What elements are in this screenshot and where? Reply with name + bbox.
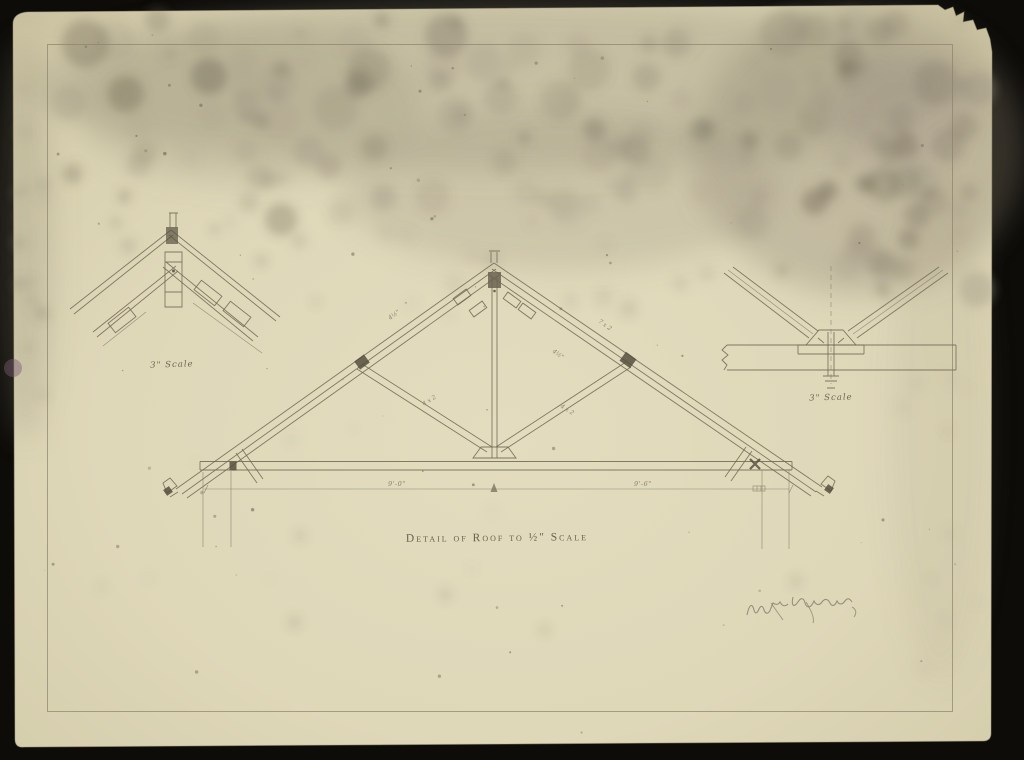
- dimension-label-left: 9'-0": [388, 480, 406, 488]
- scale-label-king-post-foot: 3" Scale: [809, 392, 853, 403]
- drawing-caption: Detail of Roof to ½" Scale: [406, 531, 588, 545]
- scale-label-ridge: 3" Scale: [150, 359, 194, 371]
- drawing-canvas: 3" Scale: [0, 0, 1024, 760]
- scanned-drawing-stage: 3" Scale: [0, 0, 1024, 760]
- dimension-label-right: 9'-6": [634, 480, 652, 488]
- purple-spot: [4, 359, 22, 377]
